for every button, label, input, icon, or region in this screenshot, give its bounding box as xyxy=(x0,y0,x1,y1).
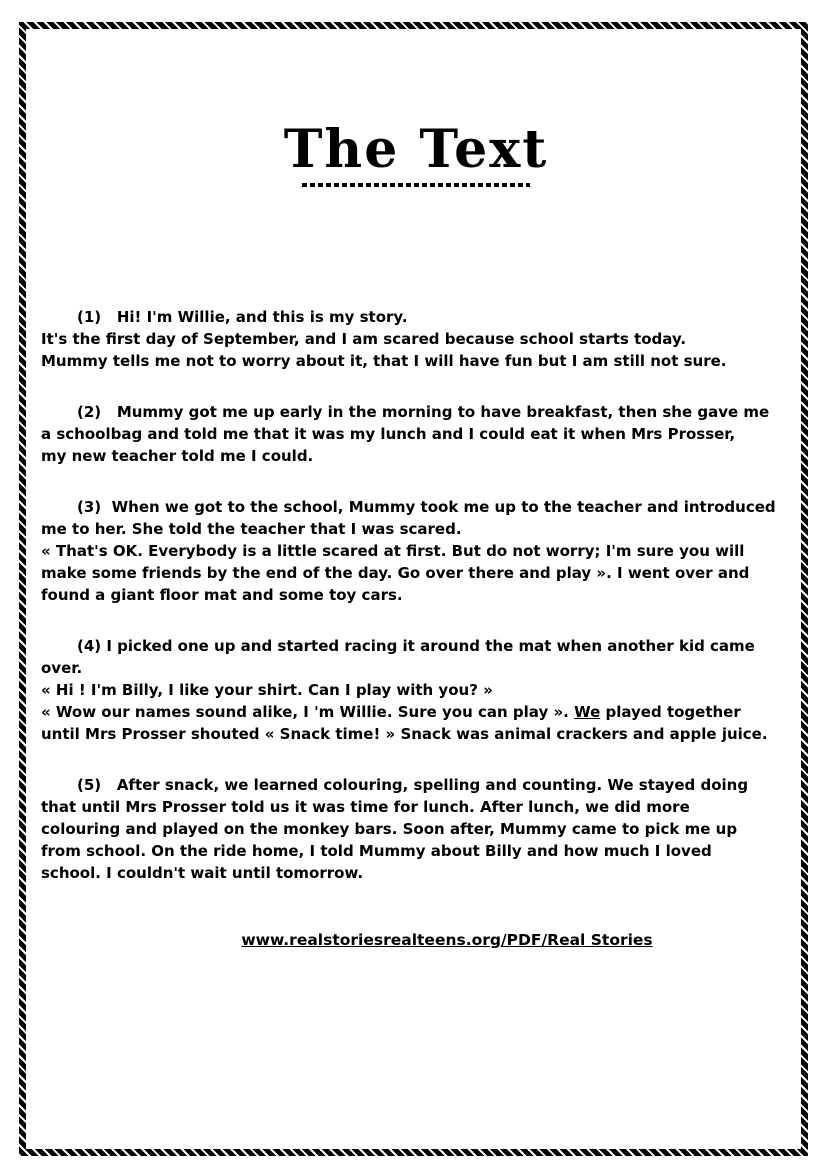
text-line: me to her. She told the teacher that I w… xyxy=(41,518,791,540)
text-line: (2) Mummy got me up early in the morning… xyxy=(41,401,791,423)
text-segment: from school. On the ride home, I told Mu… xyxy=(41,842,712,860)
worksheet-page: { "title": { "text": "The Text" }, "wate… xyxy=(0,0,826,1169)
text-segment: me to her. She told the teacher that I w… xyxy=(41,520,462,538)
text-line: that until Mrs Prosser told us it was ti… xyxy=(41,796,791,818)
text-segment: colouring and played on the monkey bars.… xyxy=(41,820,737,838)
paragraph: (1) Hi! I'm Willie, and this is my story… xyxy=(41,306,791,372)
title-underline xyxy=(302,183,530,187)
text-segment: (5) After snack, we learned colouring, s… xyxy=(77,776,748,794)
text-line: a schoolbag and told me that it was my l… xyxy=(41,423,791,445)
text-line: from school. On the ride home, I told Mu… xyxy=(41,840,791,862)
text-line: found a giant floor mat and some toy car… xyxy=(41,584,791,606)
text-segment: Mummy tells me not to worry about it, th… xyxy=(41,352,727,370)
text-segment: « Wow our names sound alike, I 'm Willie… xyxy=(41,703,574,721)
text-segment: school. I couldn't wait until tomorrow. xyxy=(41,864,363,882)
text-line: school. I couldn't wait until tomorrow. xyxy=(41,862,791,884)
story-paragraphs: (1) Hi! I'm Willie, and this is my story… xyxy=(41,306,791,884)
text-segment: « Hi ! I'm Billy, I like your shirt. Can… xyxy=(41,681,493,699)
text-segment: that until Mrs Prosser told us it was ti… xyxy=(41,798,690,816)
paragraph: (3) When we got to the school, Mummy too… xyxy=(41,496,791,606)
text-segment: until Mrs Prosser shouted « Snack time! … xyxy=(41,725,768,743)
text-line: make some friends by the end of the day.… xyxy=(41,562,791,584)
paragraph: (4) I picked one up and started racing i… xyxy=(41,635,791,745)
text-line: (5) After snack, we learned colouring, s… xyxy=(41,774,791,796)
text-segment: found a giant floor mat and some toy car… xyxy=(41,586,403,604)
paragraph: (2) Mummy got me up early in the morning… xyxy=(41,401,791,467)
page-title: The Text xyxy=(41,119,791,181)
paragraph: (5) After snack, we learned colouring, s… xyxy=(41,774,791,884)
text-line: (3) When we got to the school, Mummy too… xyxy=(41,496,791,518)
text-line: until Mrs Prosser shouted « Snack time! … xyxy=(41,723,791,745)
text-segment: a schoolbag and told me that it was my l… xyxy=(41,425,735,443)
text-segment: my new teacher told me I could. xyxy=(41,447,313,465)
text-line: colouring and played on the monkey bars.… xyxy=(41,818,791,840)
text-segment: (1) Hi! I'm Willie, and this is my story… xyxy=(77,308,408,326)
text-segment: over. xyxy=(41,659,82,677)
text-line: (1) Hi! I'm Willie, and this is my story… xyxy=(41,306,791,328)
text-line: It's the first day of September, and I a… xyxy=(41,328,791,350)
text-segment: make some friends by the end of the day.… xyxy=(41,564,749,582)
text-line: « That's OK. Everybody is a little scare… xyxy=(41,540,791,562)
text-segment: (3) When we got to the school, Mummy too… xyxy=(77,498,776,516)
underlined-word: We xyxy=(574,703,600,721)
text-line: Mummy tells me not to worry about it, th… xyxy=(41,350,791,372)
text-segment: (4) I picked one up and started racing i… xyxy=(77,637,755,655)
text-line: my new teacher told me I could. xyxy=(41,445,791,467)
text-line: (4) I picked one up and started racing i… xyxy=(41,635,791,657)
text-line: over. xyxy=(41,657,791,679)
text-segment: It's the first day of September, and I a… xyxy=(41,330,686,348)
text-segment: « That's OK. Everybody is a little scare… xyxy=(41,542,744,560)
text-line: « Wow our names sound alike, I 'm Willie… xyxy=(41,701,791,723)
source-link: www.realstoriesrealteens.org/PDF/Real St… xyxy=(41,931,791,949)
text-segment: played together xyxy=(600,703,740,721)
text-line: « Hi ! I'm Billy, I like your shirt. Can… xyxy=(41,679,791,701)
text-segment: (2) Mummy got me up early in the morning… xyxy=(77,403,769,421)
